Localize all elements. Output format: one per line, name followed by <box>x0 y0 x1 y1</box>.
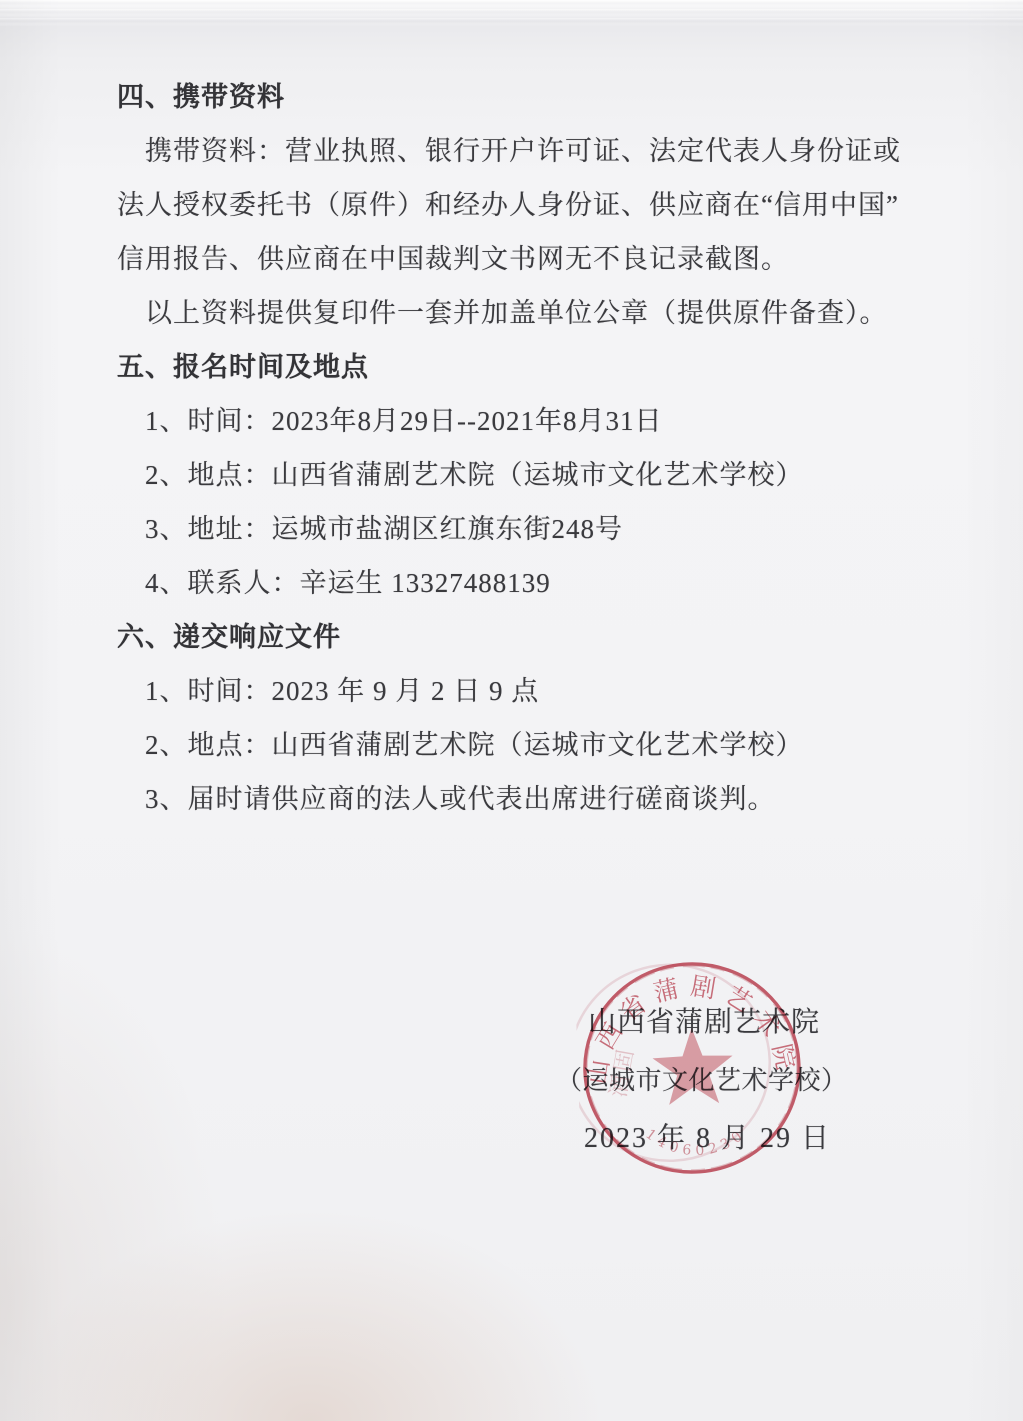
official-red-seal: 酒固 山西省蒲剧艺术院 14060230 <box>574 954 810 1186</box>
section-4-paragraph-2: 以上资料提供复印件一套并加盖单位公章（提供原件备查）。 <box>117 286 963 340</box>
section-6-item-note: 3、届时请供应商的法人或代表出席进行磋商谈判。 <box>117 772 963 826</box>
document-body: 四、携带资料 携带资料：营业执照、银行开户许可证、法定代表人身份证或 法人授权委… <box>0 70 1023 826</box>
section-5-item-location: 2、地点：山西省蒲剧艺术院（运城市文化艺术学校） <box>117 448 963 502</box>
section-5-item-time: 1、时间：2023年8月29日--2021年8月31日 <box>117 394 963 448</box>
section-5-item-contact: 4、联系人：辛运生 13327488139 <box>117 556 963 610</box>
section-6-item-location: 2、地点：山西省蒲剧艺术院（运城市文化艺术学校） <box>117 718 963 772</box>
section-5-heading: 五、报名时间及地点 <box>117 340 963 394</box>
section-6-item-time: 1、时间：2023 年 9 月 2 日 9 点 <box>117 664 963 718</box>
section-4-paragraph-1-line-2: 法人授权委托书（原件）和经办人身份证、供应商在“信用中国” <box>117 178 963 232</box>
seal-code-text: 14060230 <box>642 1123 750 1161</box>
section-6-heading: 六、递交响应文件 <box>117 610 963 664</box>
section-4-paragraph-1-line-3: 信用报告、供应商在中国裁判文书网无不良记录截图。 <box>117 232 963 286</box>
section-4-heading: 四、携带资料 <box>117 70 963 124</box>
scanned-document-page: 四、携带资料 携带资料：营业执照、银行开户许可证、法定代表人身份证或 法人授权委… <box>0 0 1023 1421</box>
section-4-paragraph-1-line-1: 携带资料：营业执照、银行开户许可证、法定代表人身份证或 <box>117 124 963 178</box>
section-5-item-address: 3、地址：运城市盐湖区红旗东街248号 <box>117 502 963 556</box>
seal-star-icon <box>652 1027 735 1106</box>
scan-artifact-top <box>0 0 1023 26</box>
